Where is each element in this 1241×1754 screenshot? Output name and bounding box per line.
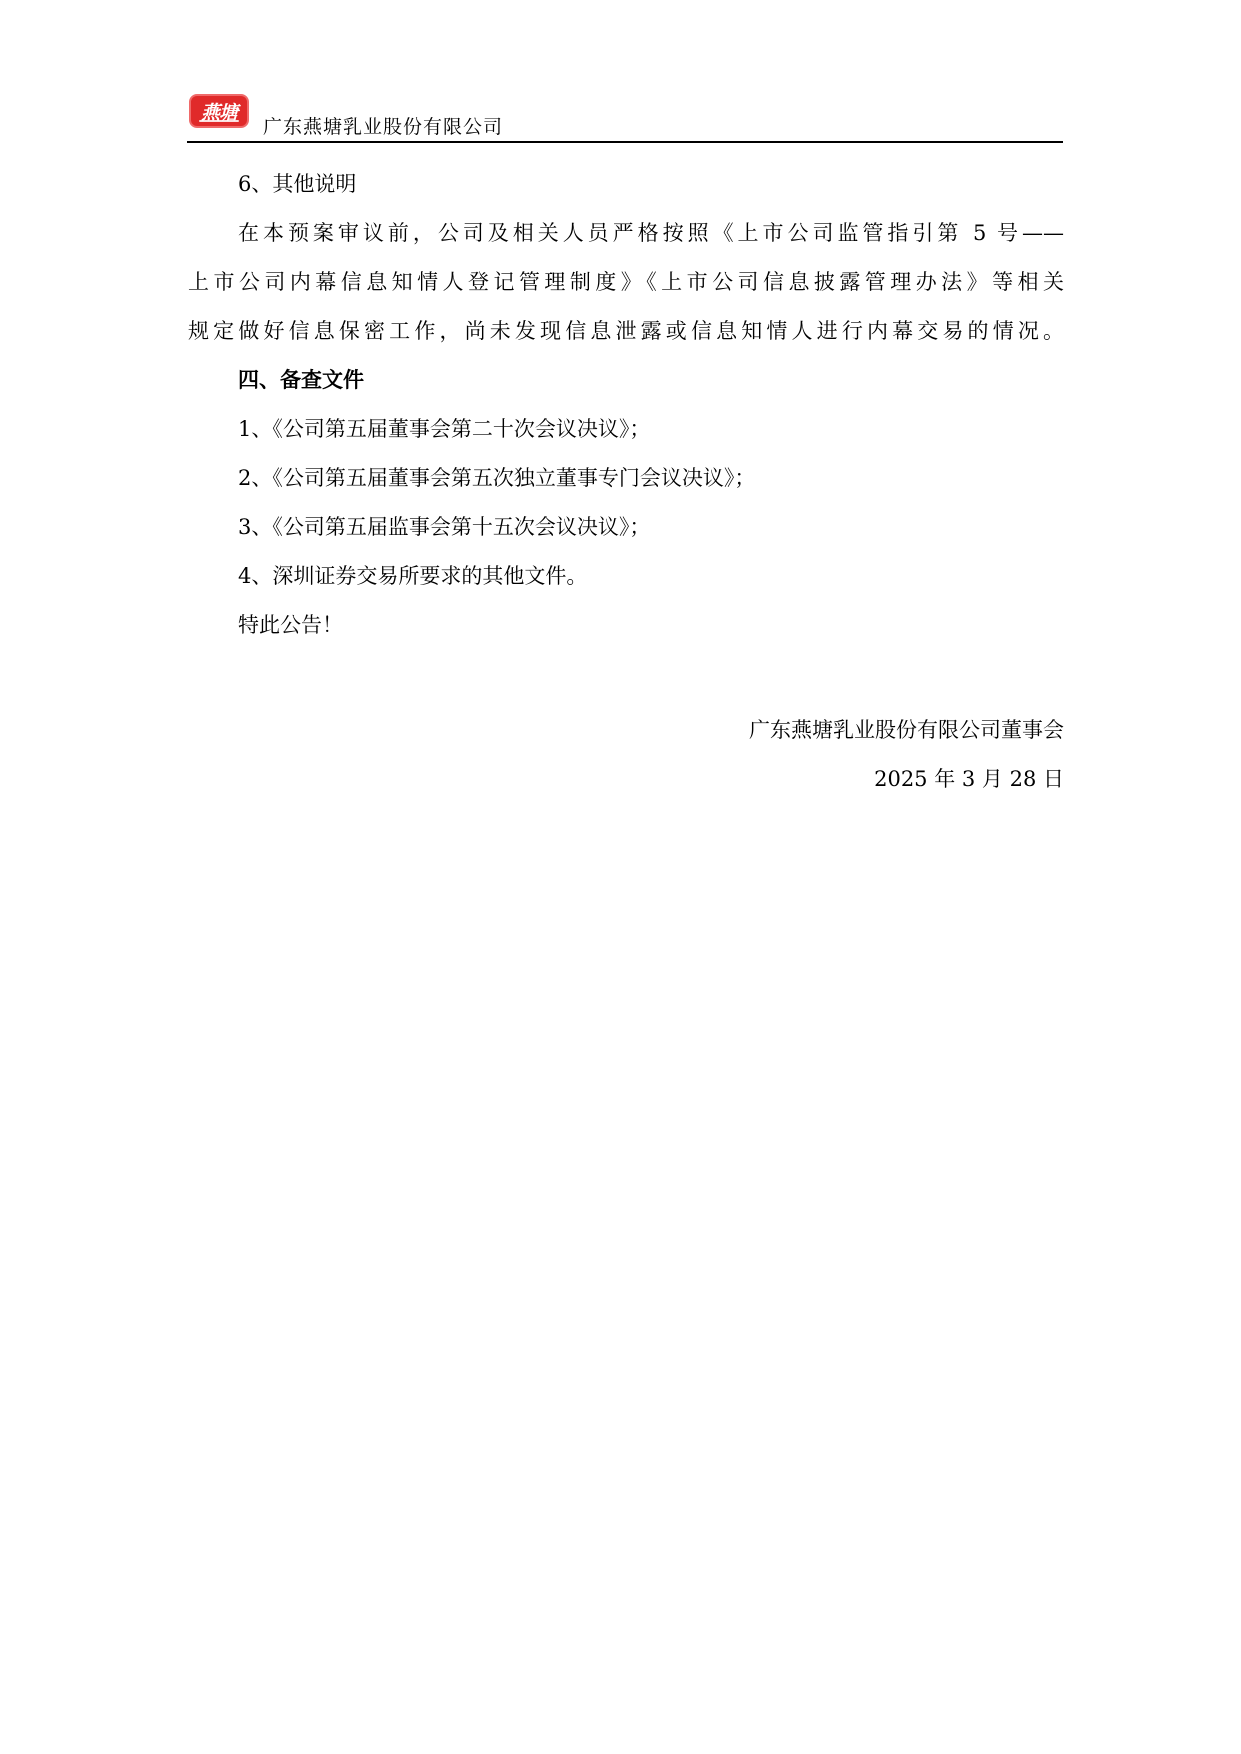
signature-org: 广东燕塘乳业股份有限公司董事会 [188, 706, 1064, 755]
file-item-2: 2、《公司第五届董事会第五次独立董事专门会议决议》； [188, 454, 1064, 503]
section4-heading: 四、备查文件 [188, 356, 1064, 405]
header-company-name: 广东燕塘乳业股份有限公司 [263, 112, 503, 139]
page-header: 燕塘 广东燕塘乳业股份有限公司 [187, 92, 1063, 142]
document-body: 6、其他说明 在本预案审议前，公司及相关人员严格按照《上市公司监管指引第 5 号… [188, 160, 1064, 650]
item6-paragraph-line2: 上市公司内幕信息知情人登记管理制度》《上市公司信息披露管理办法》等相关 [188, 258, 1064, 307]
signature-date: 2025 年 3 月 28 日 [188, 755, 1064, 804]
file-item-1: 1、《公司第五届董事会第二十次会议决议》； [188, 405, 1064, 454]
header-divider [187, 141, 1063, 143]
item6-title: 6、其他说明 [188, 160, 1064, 209]
company-logo-icon: 燕塘 [189, 94, 249, 128]
item6-paragraph-line1: 在本预案审议前，公司及相关人员严格按照《上市公司监管指引第 5 号—— [188, 209, 1064, 258]
file-item-3: 3、《公司第五届监事会第十五次会议决议》； [188, 503, 1064, 552]
file-item-4: 4、深圳证券交易所要求的其他文件。 [188, 552, 1064, 601]
signature-block: 广东燕塘乳业股份有限公司董事会 2025 年 3 月 28 日 [188, 706, 1064, 804]
item6-paragraph-line3: 规定做好信息保密工作，尚未发现信息泄露或信息知情人进行内幕交易的情况。 [188, 307, 1064, 356]
closing-statement: 特此公告！ [188, 601, 1064, 650]
